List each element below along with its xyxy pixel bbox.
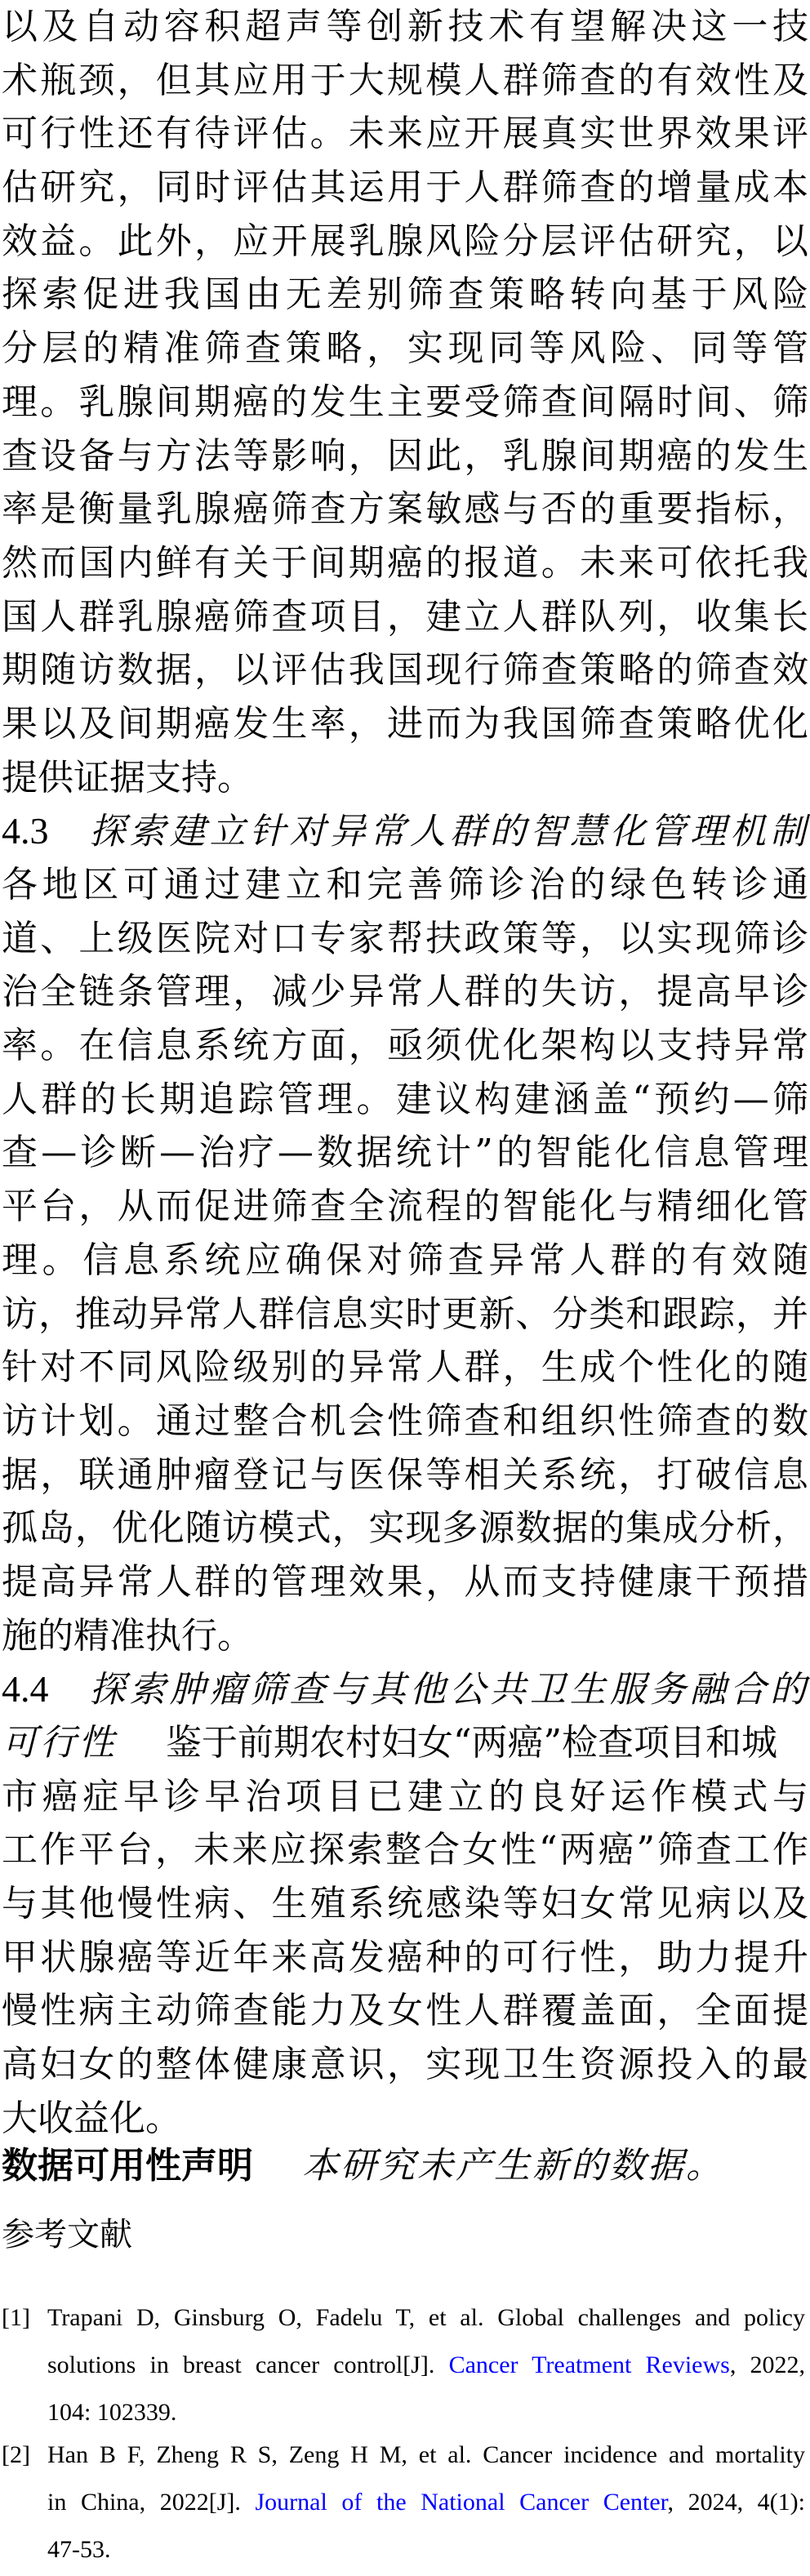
reference-number: [1] (2, 2294, 30, 2342)
text-line: 高妇女的整体健康意识，实现卫生资源投入的最 (2, 2038, 808, 2092)
references-heading: 参考文献 (2, 2214, 132, 2255)
data-availability-text: 本研究未产生新的数据。 (302, 2145, 724, 2187)
reference-text: in China, 2022[J]. (47, 2489, 255, 2516)
text-line: 效益。此外，应开展乳腺风险分层评估研究，以 (2, 215, 808, 269)
text-line: 慢性病主动筛查能力及女性人群覆盖面，全面提 (2, 1984, 808, 2038)
section-heading-4-4: 4.4探索肿瘤筛查与其他公共卫生服务融合的 (2, 1662, 808, 1716)
paragraph-start: 鉴于前期农村妇女“两癌”检查项目和城 (166, 1722, 777, 1764)
text-line: 访，推动异常人群信息实时更新、分类和跟踪，并 (2, 1288, 808, 1341)
text-line: 然而国内鲜有关于间期癌的报道。未来可依托我 (2, 536, 808, 590)
text-line: 孤岛，优化随访模式，实现多源数据的集成分析， (2, 1502, 808, 1555)
text-line: 市癌症早诊早治项目已建立的良好运作模式与 (2, 1770, 808, 1824)
text-line: 提供证据支持。 (2, 751, 808, 805)
text-line: 据，联通肿瘤登记与医保等相关系统，打破信息 (2, 1448, 808, 1502)
text-line: 查设备与方法等影响，因此，乳腺间期癌的发生 (2, 429, 808, 483)
section-number: 4.3 (2, 810, 49, 852)
reference-line: in China, 2022[J]. Journal of the Nation… (47, 2479, 805, 2526)
reference-text: , 2022, (730, 2351, 805, 2378)
reference-number: [2] (2, 2431, 30, 2479)
data-availability-label: 数据可用性声明 (2, 2145, 253, 2187)
text-line: 探索促进我国由无差别筛查策略转向基于风险 (2, 268, 808, 322)
text-line: 访计划。通过整合机会性筛查和组织性筛查的数 (2, 1395, 808, 1448)
section-heading-4-4-cont: 可行性鉴于前期农村妇女“两癌”检查项目和城 (2, 1716, 808, 1770)
section-title-continued: 可行性 (2, 1722, 117, 1764)
text-line: 与其他慢性病、生殖系统感染等妇女常见病以及 (2, 1877, 808, 1931)
section-heading-4-3: 4.3探索建立针对异常人群的智慧化管理机制 (2, 804, 808, 858)
reference-line: solutions in breast cancer control[J]. C… (47, 2342, 805, 2389)
text-line: 查—诊断—治疗—数据统计”的智能化信息管理 (2, 1126, 808, 1180)
text-line: 果以及间期癌发生率，进而为我国筛查策略优化 (2, 697, 808, 751)
section-number: 4.4 (2, 1668, 49, 1710)
journal-link[interactable]: Cancer Treatment Reviews (449, 2351, 730, 2378)
text-line: 人群的长期追踪管理。建议构建涵盖“预约—筛 (2, 1073, 808, 1127)
text-line: 治全链条管理，减少异常人群的失访，提高早诊 (2, 965, 808, 1019)
text-line: 理。乳腺间期癌的发生主要受筛查间隔时间、筛 (2, 376, 808, 429)
reference-line: Han B F, Zheng R S, Zeng H M, et al. Can… (47, 2431, 805, 2479)
data-availability-statement: 数据可用性声明本研究未产生新的数据。 (2, 2139, 808, 2193)
section-title: 探索肿瘤筛查与其他公共卫生服务融合的 (88, 1669, 809, 1711)
reference-text: solutions in breast cancer control[J]. (47, 2351, 449, 2378)
text-line: 期随访数据，以评估我国现行筛查策略的筛查效 (2, 643, 808, 697)
text-line: 施的精准执行。 (2, 1609, 808, 1663)
section-title: 探索建立针对异常人群的智慧化管理机制 (88, 811, 809, 852)
text-line: 理。信息系统应确保对筛查异常人群的有效随 (2, 1234, 808, 1288)
text-line: 平台，从而促进筛查全流程的智能化与精细化管 (2, 1180, 808, 1234)
reference-line: 47-53. (47, 2526, 805, 2574)
reference-item-1: [1] Trapani D, Ginsburg O, Fadelu T, et … (0, 2294, 810, 2436)
text-line: 国人群乳腺癌筛查项目，建立人群队列，收集长 (2, 590, 808, 644)
reference-line: Trapani D, Ginsburg O, Fadelu T, et al. … (47, 2294, 805, 2342)
text-line: 大收益化。 (2, 2092, 808, 2146)
text-line: 各地区可通过建立和完善筛诊治的绿色转诊通 (2, 858, 808, 912)
text-line: 率。在信息系统方面，亟须优化架构以支持异常 (2, 1019, 808, 1073)
text-line: 工作平台，未来应探索整合女性“两癌”筛查工作 (2, 1823, 808, 1877)
text-line: 可行性还有待评估。未来应开展真实世界效果评 (2, 107, 808, 161)
text-line: 估研究，同时评估其运用于人群筛查的增量成本 (2, 161, 808, 215)
text-line: 针对不同风险级别的异常人群，生成个性化的随 (2, 1341, 808, 1395)
text-line: 率是衡量乳腺癌筛查方案敏感与否的重要指标， (2, 483, 808, 536)
reference-line: 104: 102339. (47, 2389, 805, 2436)
reference-item-2: [2] Han B F, Zheng R S, Zeng H M, et al.… (0, 2431, 810, 2574)
article-page: 以及自动容积超声等创新技术有望解决这一技 术瓶颈，但其应用于大规模人群筛查的有效… (0, 0, 810, 2576)
journal-link[interactable]: Journal of the National Cancer Center (255, 2489, 667, 2516)
text-line: 术瓶颈，但其应用于大规模人群筛查的有效性及 (2, 54, 808, 108)
text-line: 以及自动容积超声等创新技术有望解决这一技 (2, 0, 808, 54)
text-line: 道、上级医院对口专家帮扶政策等，以实现筛诊 (2, 912, 808, 966)
text-line: 提高异常人群的管理效果，从而支持健康干预措 (2, 1555, 808, 1609)
reference-text: , 2024, 4(1): (667, 2489, 805, 2516)
text-line: 分层的精准筛查策略，实现同等风险、同等管 (2, 322, 808, 376)
text-line: 甲状腺癌等近年来高发癌种的可行性，助力提升 (2, 1931, 808, 1985)
